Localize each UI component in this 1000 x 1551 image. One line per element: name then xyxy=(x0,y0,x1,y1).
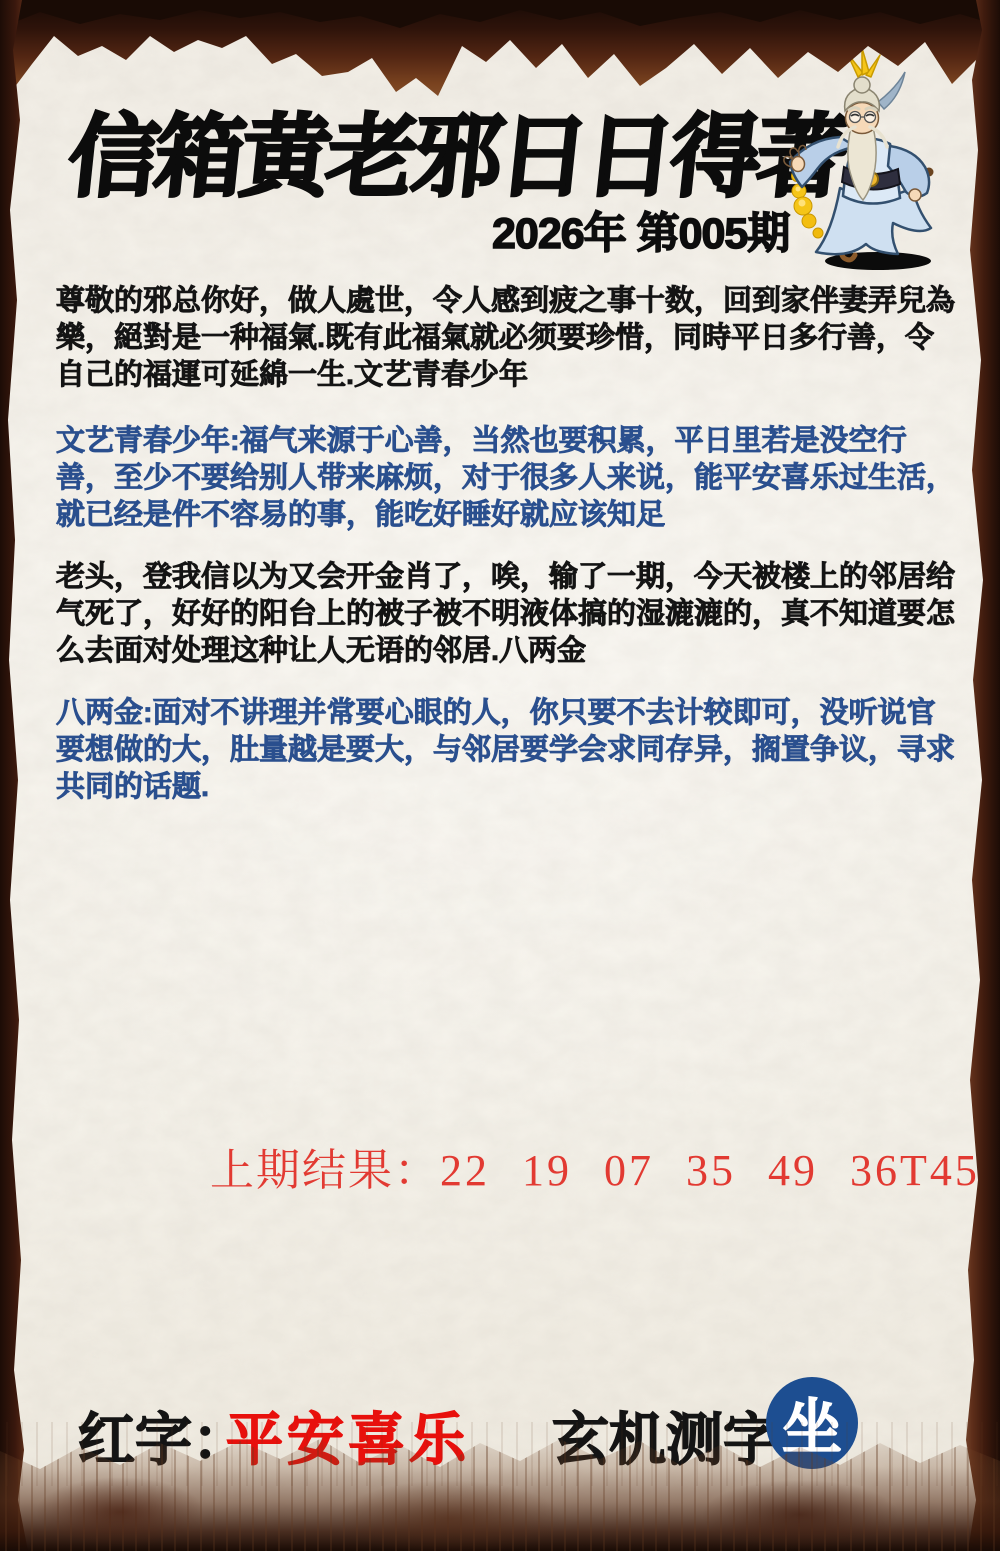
issue-number: 2026年 第005期 xyxy=(492,200,789,261)
red-word-label: 红字： xyxy=(78,1394,249,1476)
previous-result-label: 上期结果： xyxy=(210,1146,440,1195)
letter-paragraph-1: 尊敬的邪总你好，做人處世，令人感到疲之事十数，回到家伴妻弄兒為樂，絕對是一种福氣… xyxy=(56,283,956,394)
wizard-mascot-illustration xyxy=(778,40,960,272)
reply-paragraph-1: 文艺青春少年:福气来源于心善，当然也要积累，平日里若是没空行善，至少不要给别人带… xyxy=(56,423,956,534)
poster-title: 信箱黄老邪日日得著 xyxy=(63,84,851,214)
mystery-word-badge: 坐 xyxy=(766,1377,858,1469)
previous-result-numbers: 22 19 07 35 49 36T45 xyxy=(440,1146,980,1195)
letter-paragraph-2: 老头，登我信以为又会开金肖了，唉，输了一期，今天被楼上的邻居给气死了，好好的阳台… xyxy=(56,559,956,670)
previous-result-line: 上期结果：22 19 07 35 49 36T45 xyxy=(210,1134,980,1198)
reply-paragraph-2: 八两金:面对不讲理并常要心眼的人，你只要不去计较即可，没听说官要想做的大，肚量越… xyxy=(56,695,956,806)
footer-row: 红字： 平安喜乐 玄机测字： 坐 xyxy=(0,1394,1000,1494)
lottery-tip-poster: 信箱黄老邪日日得著 2026年 第005期 xyxy=(0,0,1000,1551)
feather-icon xyxy=(878,72,905,109)
red-word-value: 平安喜乐 xyxy=(226,1394,470,1476)
right-hand xyxy=(909,189,921,201)
hairpin-leaves-icon xyxy=(847,48,880,77)
